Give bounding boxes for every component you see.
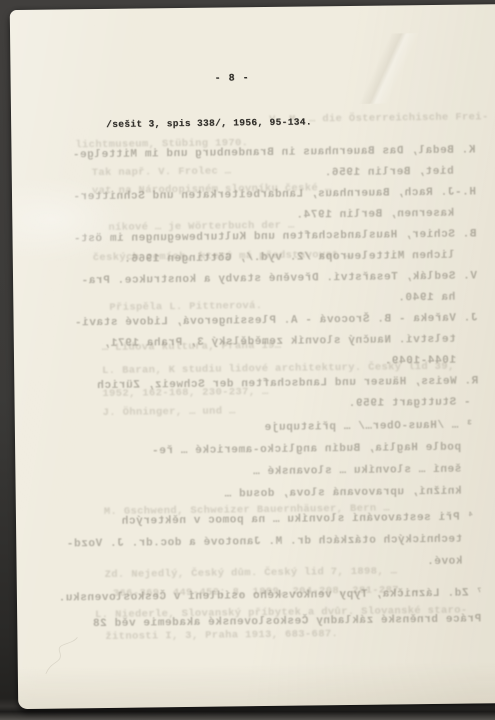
ghost-text-line: K. Bedal, Das Bauernhaus in Brandenburg … [72,144,475,161]
ghost-text-line: vat na Národopisném slovníku české … [92,182,332,197]
ghost-text-line: knižní, upravovaná slova, dosud … [224,486,462,501]
ghost-text-line: kové. [426,556,462,568]
ghost-text-line: … Lidová kultura, Praha 19… [102,340,282,354]
ghost-text-line: L. Baran, K studiu lidové architektury. … [102,361,455,377]
ghost-text-line: ³ … /Haus-Ober…/ … přistupuje [264,419,473,434]
paper-crease [310,33,461,105]
ghost-text-line: B. Schier, Hauslandschaften und Kulturbe… [73,228,476,245]
ghost-text-line: M. Gschwend, Schweizer Bauernhäuser, Ber… [104,503,390,518]
ghost-showthrough-text-layer: V. M. … die Österreichische Frei-lichtmu… [10,4,495,709]
ghost-verso-text-layer: K. Bedal, Das Bauernhaus in Brandenburg … [10,4,495,709]
ghost-text-line: R. Weiss, Häuser und Landschaften der Sc… [97,375,479,392]
ghost-text-line: Práce brněnské základny Československé a… [92,613,481,630]
ghost-text-line: Tak např. V. Frolec … [92,165,232,179]
ghost-text-line: 366-369, 449-452; 8, 1899, 204-208, 281-… [113,584,419,600]
photo-backdrop: K. Bedal, Das Bauernhaus in Brandenburg … [0,0,495,720]
scratch-mark [37,629,98,680]
ghost-text-line: lichtmuseum, Stübing 1970. [75,137,248,151]
ghost-text-line: podle Haglia, Budín anglicko-americké … … [151,442,461,458]
ghost-text-line: ⁴ Při sestavování slovníku … na pomoc v … [121,511,474,527]
ghost-text-line: žitnosti I, 3, Praha 1913, 683-687. [105,628,338,643]
ghost-text-line: L. Niederle, Slovanský příbytek a dvůr. … [95,605,468,622]
ghost-text-line: technických otázkách dr. M. Janotové a d… [66,534,462,551]
ghost-text-line: Přispěla L. Pittnerová. [109,300,262,314]
ghost-text-line: kasernen, Berlin 1974. [296,208,455,222]
ghost-text-line: telství. Naučný slovník zemědělský 3, Pr… [103,334,456,350]
paper-shading [10,4,495,709]
ghost-text-line: níkové … je Wörterbuch der … [108,220,294,234]
ghost-text-line: 1044-1049. [384,355,456,368]
ghost-text-line: českých zemích, který má představovat … [93,249,353,264]
ghost-text-line: šení … slovníku … slovanské … [252,464,461,479]
ghost-text-line: 1952, 162-168, 230-237, … [102,386,268,400]
page-number: - 8 - [215,73,250,84]
ghost-text-line: biet, Berlin 1956. [324,166,454,180]
ghost-text-line: lichen Mitteleuropa /2. vyd./, Göttingen… [123,250,454,266]
ghost-text-line: Zd. Nejedlý, Český dům. Český lid 7, 189… [105,565,398,581]
ghost-text-line: J. Vařeka - B. Šrocová - A. Plessingerov… [74,312,477,329]
document-page: K. Bedal, Das Bauernhaus in Brandenburg … [10,4,495,709]
reference-line: /sešit 3, spis 338/, 1956, 95-134. [106,116,312,130]
ghost-text-line: ha 1940. [398,292,456,305]
ghost-text-line: V. Sedlák, Tesařství. Dřevěné stavby a k… [81,270,477,287]
ghost-text-line: H.-J. Rach, Bauernhaus, Landarbeiterkate… [73,186,476,203]
ghost-text-line: ⁷ Zd. Láznička, Typy venkovského osídlen… [58,587,483,604]
ghost-text-line: - Stuttgart 1959. [348,397,471,410]
ghost-text-line: J. Öhninger, … und … [103,405,236,419]
